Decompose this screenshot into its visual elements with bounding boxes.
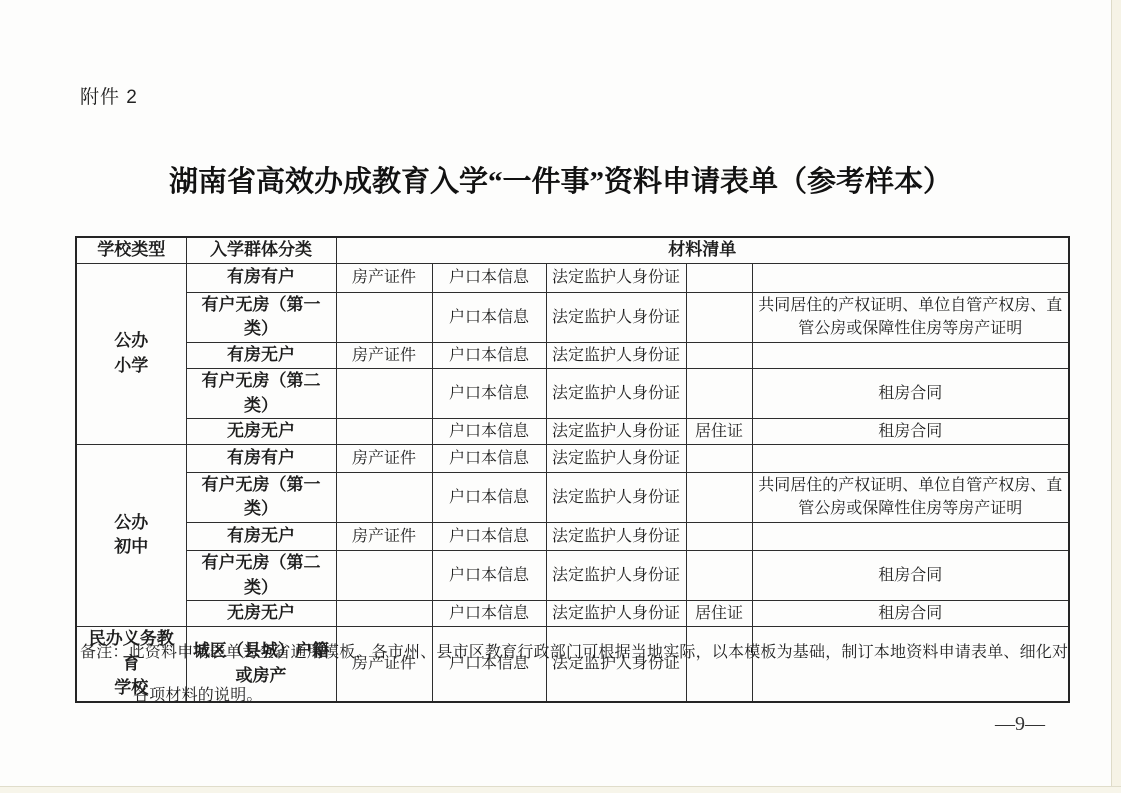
cell-material: 户口本信息 [432, 263, 546, 292]
cell-material: 共同居住的产权证明、单位自管产权房、直管公房或保障性住房等房产证明 [752, 292, 1069, 342]
cell-material: 户口本信息 [432, 292, 546, 342]
cell-material [752, 263, 1069, 292]
cell-material: 户口本信息 [432, 472, 546, 522]
cell-material: 房产证件 [336, 627, 432, 702]
scan-edge-right [1111, 0, 1121, 793]
cell-material [686, 263, 752, 292]
cell-material [686, 551, 752, 601]
footnote-label: 备注： [80, 644, 129, 661]
cell-material [336, 368, 432, 418]
header-group: 入学群体分类 [186, 237, 336, 263]
cell-group-category: 无房无户 [186, 601, 336, 627]
table-row: 无房无户 户口本信息 法定监护人身份证 居住证 租房合同 [76, 419, 1069, 445]
cell-material: 居住证 [686, 419, 752, 445]
cell-material: 法定监护人身份证 [546, 263, 686, 292]
cell-group-category: 有户无房（第二类） [186, 368, 336, 418]
cell-material [752, 444, 1069, 472]
cell-material: 共同居住的产权证明、单位自管产权房、直管公房或保障性住房等房产证明 [752, 472, 1069, 522]
cell-group-category: 有户无房（第二类） [186, 551, 336, 601]
cell-material: 房产证件 [336, 523, 432, 551]
footnote-line2: 各项材料的说明。 [133, 682, 263, 705]
cell-material: 户口本信息 [432, 342, 546, 368]
cell-material [752, 342, 1069, 368]
materials-table: 学校类型 入学群体分类 材料清单 公办 小学 有房有户 房产证件 户口本信息 法… [75, 236, 1070, 703]
cell-group-category: 有户无房（第一类） [186, 472, 336, 522]
cell-material: 法定监护人身份证 [546, 523, 686, 551]
cell-material: 法定监护人身份证 [546, 472, 686, 522]
header-materials: 材料清单 [336, 237, 1069, 263]
cell-material: 户口本信息 [432, 523, 546, 551]
table-row: 有房无户 房产证件 户口本信息 法定监护人身份证 [76, 342, 1069, 368]
cell-group-category: 有房有户 [186, 444, 336, 472]
cell-material: 户口本信息 [432, 419, 546, 445]
cell-material: 法定监护人身份证 [546, 627, 686, 702]
cell-material [686, 292, 752, 342]
cell-material: 法定监护人身份证 [546, 292, 686, 342]
cell-material: 房产证件 [336, 263, 432, 292]
footnote-text: 此资料申请表单为全省通用模板，各市州、县市区教育行政部门可根据当地实际，以本模板… [129, 644, 1069, 661]
footnote-line1: 备注：此资料申请表单为全省通用模板，各市州、县市区教育行政部门可根据当地实际，以… [80, 639, 1068, 662]
cell-material: 租房合同 [752, 551, 1069, 601]
cell-school-type-public-junior: 公办 初中 [76, 444, 186, 626]
cell-material: 房产证件 [336, 342, 432, 368]
cell-material: 租房合同 [752, 601, 1069, 627]
scan-edge-bottom [0, 786, 1121, 793]
cell-group-category: 无房无户 [186, 419, 336, 445]
cell-material [336, 472, 432, 522]
cell-school-type-public-primary: 公办 小学 [76, 263, 186, 444]
cell-material: 居住证 [686, 601, 752, 627]
page-title: 湖南省高效办成教育入学“一件事”资料申请表单（参考样本） [0, 159, 1121, 200]
cell-material: 法定监护人身份证 [546, 444, 686, 472]
cell-material [686, 342, 752, 368]
cell-material: 法定监护人身份证 [546, 551, 686, 601]
table-row: 有房无户 房产证件 户口本信息 法定监护人身份证 [76, 523, 1069, 551]
cell-group-category: 有房无户 [186, 523, 336, 551]
cell-material [336, 551, 432, 601]
cell-material [686, 472, 752, 522]
cell-material: 租房合同 [752, 419, 1069, 445]
cell-material [686, 444, 752, 472]
table-header-row: 学校类型 入学群体分类 材料清单 [76, 237, 1069, 263]
table-row: 有户无房（第一类） 户口本信息 法定监护人身份证 共同居住的产权证明、单位自管产… [76, 292, 1069, 342]
page-number: —9— [995, 713, 1045, 736]
table-row: 有户无房（第二类） 户口本信息 法定监护人身份证 租房合同 [76, 551, 1069, 601]
cell-material: 法定监护人身份证 [546, 368, 686, 418]
cell-group-category: 有房无户 [186, 342, 336, 368]
cell-group-category: 有房有户 [186, 263, 336, 292]
cell-material [686, 627, 752, 702]
cell-material [336, 419, 432, 445]
cell-material: 户口本信息 [432, 551, 546, 601]
cell-material: 户口本信息 [432, 444, 546, 472]
cell-group-category: 有户无房（第一类） [186, 292, 336, 342]
table-row: 有户无房（第二类） 户口本信息 法定监护人身份证 租房合同 [76, 368, 1069, 418]
table-row: 公办 初中 有房有户 房产证件 户口本信息 法定监护人身份证 [76, 444, 1069, 472]
cell-material: 房产证件 [336, 444, 432, 472]
cell-material: 租房合同 [752, 368, 1069, 418]
cell-material [336, 601, 432, 627]
document-page: 附件 2 湖南省高效办成教育入学“一件事”资料申请表单（参考样本） 学校类型 入… [0, 0, 1121, 793]
cell-material: 法定监护人身份证 [546, 342, 686, 368]
cell-material: 户口本信息 [432, 368, 546, 418]
cell-material [686, 523, 752, 551]
cell-material: 法定监护人身份证 [546, 601, 686, 627]
attachment-label: 附件 2 [80, 82, 138, 109]
cell-material: 法定监护人身份证 [546, 419, 686, 445]
table-row: 有户无房（第一类） 户口本信息 法定监护人身份证 共同居住的产权证明、单位自管产… [76, 472, 1069, 522]
cell-material [686, 368, 752, 418]
cell-material [336, 292, 432, 342]
header-school-type: 学校类型 [76, 237, 186, 263]
table-row: 公办 小学 有房有户 房产证件 户口本信息 法定监护人身份证 [76, 263, 1069, 292]
cell-material [752, 523, 1069, 551]
cell-material: 户口本信息 [432, 601, 546, 627]
cell-material [752, 627, 1069, 702]
cell-material: 户口本信息 [432, 627, 546, 702]
table-row: 无房无户 户口本信息 法定监护人身份证 居住证 租房合同 [76, 601, 1069, 627]
